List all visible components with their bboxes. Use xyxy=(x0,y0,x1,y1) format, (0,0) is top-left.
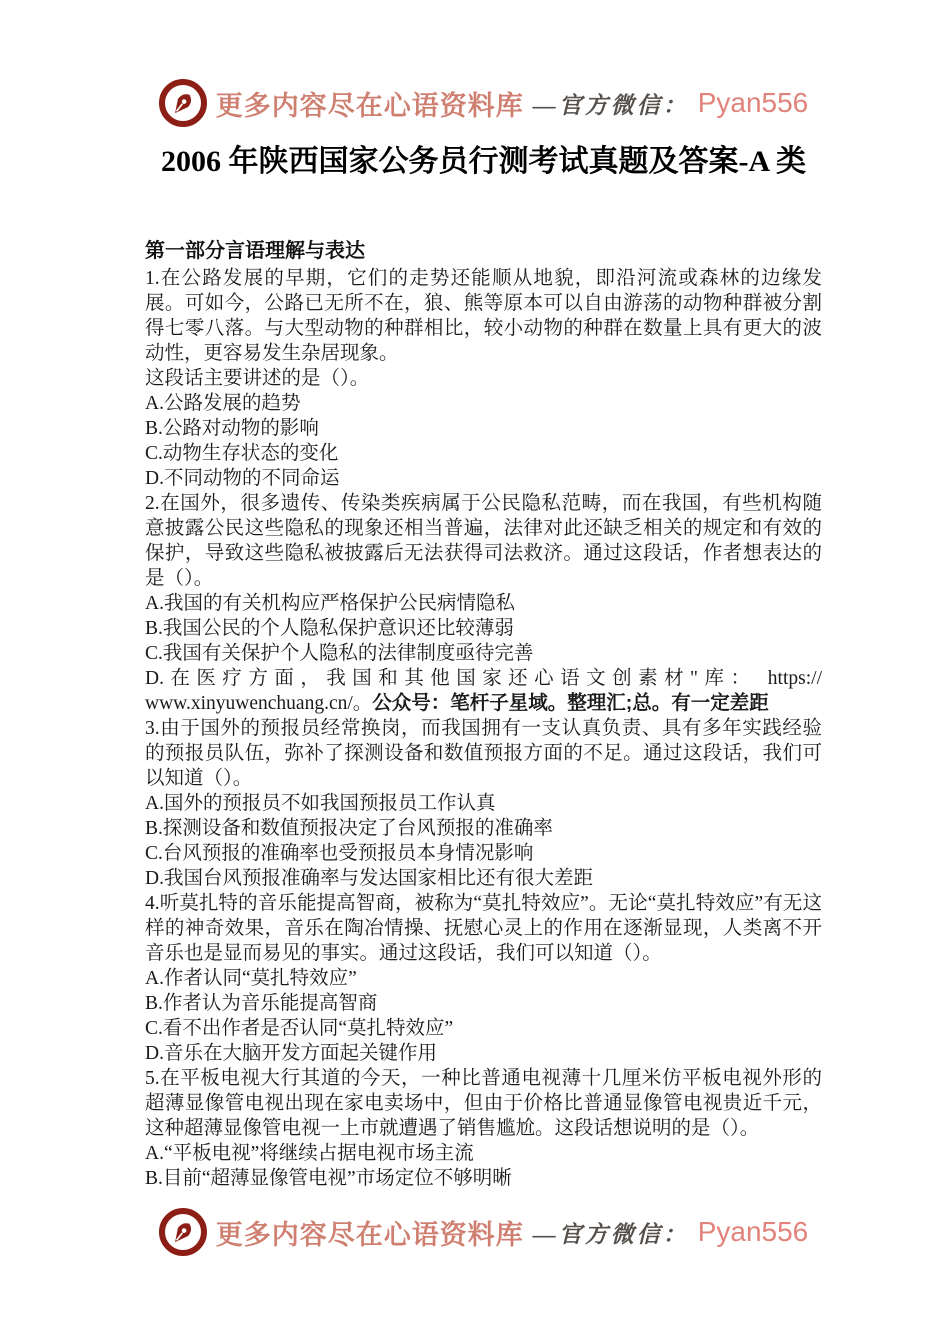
question-1-prompt: 这段话主要讲述的是（）。 xyxy=(145,366,822,391)
question-3-stem: 3.由于国外的预报员经常换岗，而我国拥有一支认真负责、具有多年实践经验的预报员队… xyxy=(145,716,822,791)
question-2-option-B: B.我国公民的个人隐私保护意识还比较薄弱 xyxy=(145,616,822,641)
question-4-option-D: D.音乐在大脑开发方面起关键作用 xyxy=(145,1041,822,1066)
header-banner: 更多内容尽在心语资料库 —官方微信： Pyan556 xyxy=(145,78,822,128)
banner-slogan: 更多内容尽在心语资料库 xyxy=(216,84,524,123)
question-2-option-A: A.我国的有关机构应严格保护公民病情隐私 xyxy=(145,591,822,616)
footer-banner: 更多内容尽在心语资料库 —官方微信： Pyan556 xyxy=(145,1207,822,1257)
section-heading: 第一部分言语理解与表达 xyxy=(145,238,822,264)
pen-nib-icon xyxy=(163,83,202,122)
watermark-note: 公众号：笔杆子星域。整理汇;总。有一定差距 xyxy=(372,692,769,714)
question-4-option-A: A.作者认同“莫扎特效应” xyxy=(145,966,822,991)
question-5-option-A: A.“平板电视”将继续占据电视市场主流 xyxy=(145,1141,822,1166)
banner-wechat-account: Pyan556 xyxy=(698,1216,809,1248)
document-title: 2006 年陕西国家公务员行测考试真题及答案-A 类 xyxy=(145,142,822,182)
question-4-option-C: C.看不出作者是否认同“莫扎特效应” xyxy=(145,1016,822,1041)
banner-wechat-label: —官方微信： xyxy=(533,1216,689,1249)
question-2-option-D: D.在医疗方面，我国和其他国家还心语文创素材"库： https://www.xi… xyxy=(145,666,822,716)
question-4-stem: 4.听莫扎特的音乐能提高智商，被称为“莫扎特效应”。无论“莫扎特效应”有无这样的… xyxy=(145,891,822,966)
banner-separator: — xyxy=(533,93,559,118)
question-1-option-B: B.公路对动物的影响 xyxy=(145,416,822,441)
page-footer: 更多内容尽在心语资料库 —官方微信： Pyan556 xyxy=(145,1207,822,1257)
question-3-option-D: D.我国台风预报准确率与发达国家相比还有很大差距 xyxy=(145,866,822,891)
banner-wechat-account: Pyan556 xyxy=(698,87,809,119)
watermark-url: www.xinyuwenchuang.cn/。 xyxy=(145,693,372,714)
question-3-option-C: C.台风预报的准确率也受预报员本身情况影响 xyxy=(145,841,822,866)
banner-wechat-text: 官方微信： xyxy=(559,93,689,118)
question-1-option-D: D.不同动物的不同命运 xyxy=(145,466,822,491)
question-2-option-C: C.我国有关保护个人隐私的法律制度亟待完善 xyxy=(145,641,822,666)
question-3-option-B: B.探测设备和数值预报决定了台风预报的准确率 xyxy=(145,816,822,841)
question-2-stem: 2.在国外，很多遗传、传染类疾病属于公民隐私范畴，而在我国，有些机构随意披露公民… xyxy=(145,491,822,591)
pen-nib-icon xyxy=(163,1212,202,1251)
watermark-line1: D.在医疗方面，我国和其他国家还心语文创素材"库： https:// xyxy=(145,666,822,691)
question-5-option-B: B.目前“超薄显像管电视”市场定位不够明晰 xyxy=(145,1166,822,1191)
questions-container: 1.在公路发展的早期，它们的走势还能顺从地貌，即沿河流或森林的边缘发展。可如今，… xyxy=(145,266,822,1191)
question-5-stem: 5.在平板电视大行其道的今天，一种比普通电视薄十几厘米仿平板电视外形的超薄显像管… xyxy=(145,1066,822,1141)
banner-slogan: 更多内容尽在心语资料库 xyxy=(216,1213,524,1252)
banner-wechat-label: —官方微信： xyxy=(533,87,689,120)
question-3-option-A: A.国外的预报员不如我国预报员工作认真 xyxy=(145,791,822,816)
pen-nib-logo-icon xyxy=(159,1208,207,1256)
question-1-stem: 1.在公路发展的早期，它们的走势还能顺从地貌，即沿河流或森林的边缘发展。可如今，… xyxy=(145,266,822,366)
banner-wechat-text: 官方微信： xyxy=(559,1222,689,1247)
question-1-option-C: C.动物生存状态的变化 xyxy=(145,441,822,466)
pen-nib-logo-icon xyxy=(159,79,207,127)
document-page: 更多内容尽在心语资料库 —官方微信： Pyan556 2006 年陕西国家公务员… xyxy=(0,0,950,1344)
question-1-option-A: A.公路发展的趋势 xyxy=(145,391,822,416)
watermark-line2: www.xinyuwenchuang.cn/。公众号：笔杆子星域。整理汇;总。有… xyxy=(145,691,822,716)
question-4-option-B: B.作者认为音乐能提高智商 xyxy=(145,991,822,1016)
banner-separator: — xyxy=(533,1222,559,1247)
